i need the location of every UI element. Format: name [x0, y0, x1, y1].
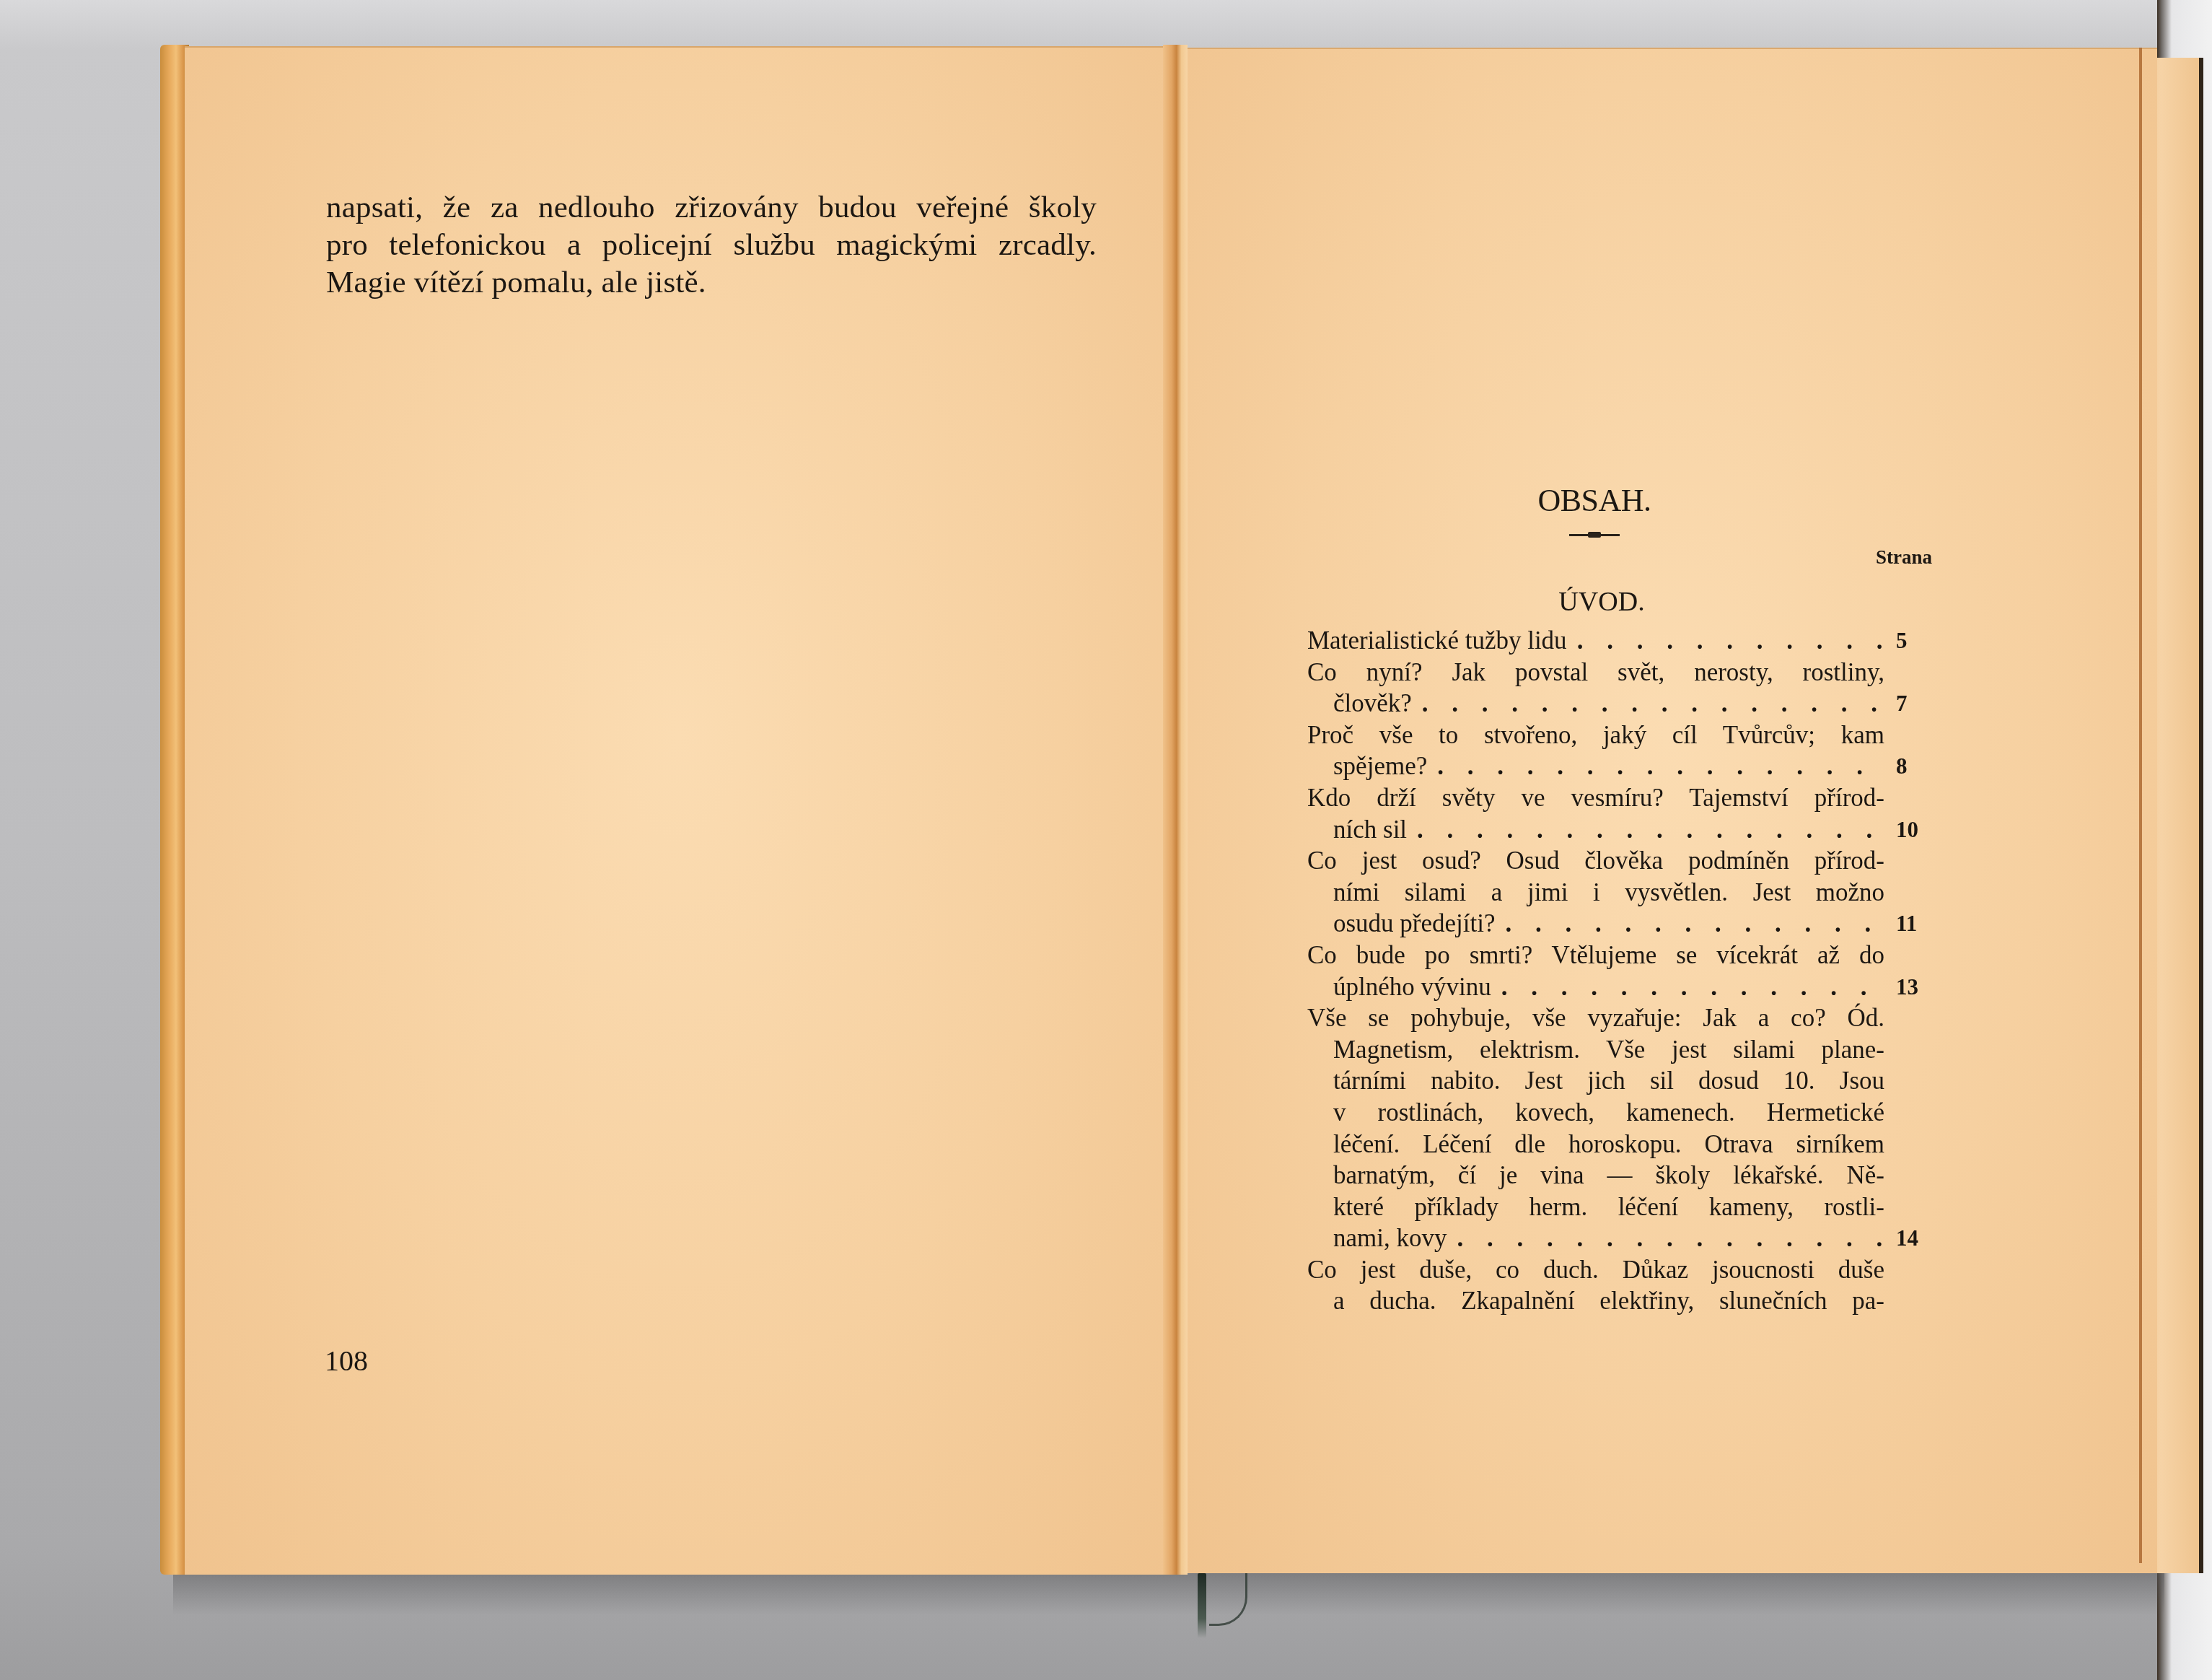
- toc-entry-text: Co bude po smrti? Vtělujeme se vícekrát …: [1307, 940, 1884, 971]
- bookmark-thread-icon: [1209, 1573, 1247, 1626]
- toc-entry-text: ními silami a jimi i vysvětlen. Jest mož…: [1307, 877, 1884, 909]
- leader-dots: . . . . . . . . . . . . . . . . . . . . …: [1427, 751, 1884, 782]
- toc-entry-text: Materialistické tužby lidu: [1307, 625, 1567, 657]
- toc-entry: Proč vše to stvořeno, jaký cíl Tvůrcův; …: [1307, 719, 1884, 782]
- toc-entry: Co jest duše, co duch. Důkaz jsoucnosti …: [1307, 1254, 1884, 1317]
- toc-entry-text: Co nyní? Jak povstal svět, nerosty, rost…: [1307, 657, 1884, 688]
- toc-entry-text: tárními nabito. Jest jich sil dosud 10. …: [1307, 1065, 1884, 1097]
- toc-entry-text: Vše se pohybuje, vše vyzařuje: Jak a co?…: [1307, 1002, 1884, 1034]
- body-line: pro telefonickou a policejní službu magi…: [326, 227, 1097, 264]
- toc-page-number: 11: [1896, 908, 1939, 940]
- toc-entry-text: a ducha. Zkapalnění elektřiny, slunečníc…: [1307, 1285, 1884, 1317]
- page-column-label: Strana: [1876, 546, 1932, 569]
- toc-entry: Materialistické tužby lidu. . . . . . . …: [1307, 625, 1884, 657]
- body-line: Magie vítězí pomalu, ale jistě.: [326, 264, 1097, 302]
- leader-dots: . . . . . . . . . . . . . . . . . . . . …: [1567, 625, 1884, 657]
- leader-dots: . . . . . . . . . . . . . . . . . . . . …: [1491, 971, 1884, 1003]
- toc-entry: Co nyní? Jak povstal svět, nerosty, rost…: [1307, 657, 1884, 719]
- toc-entry: Vše se pohybuje, vše vyzařuje: Jak a co?…: [1307, 1002, 1884, 1254]
- ornamental-rule-icon: [1569, 534, 1620, 536]
- toc-entry-text: léčení. Léčení dle horoskopu. Otrava sir…: [1307, 1129, 1884, 1160]
- body-line: napsati, že za nedlouho zřizovány budou …: [326, 189, 1097, 227]
- toc-entry-text: Co jest osud? Osud člověka podmíněn přír…: [1307, 845, 1884, 877]
- leader-dots: . . . . . . . . . . . . . . . . . . . . …: [1496, 908, 1884, 940]
- bookmark-ribbon-icon: [1198, 1573, 1206, 1638]
- toc-entry-text: nami, kovy: [1333, 1222, 1447, 1254]
- toc-entry: Co bude po smrti? Vtělujeme se vícekrát …: [1307, 940, 1884, 1002]
- toc-entry-text: Co jest duše, co duch. Důkaz jsoucnosti …: [1307, 1254, 1884, 1286]
- toc-entry: Kdo drží světy ve vesmíru? Tajemství pří…: [1307, 782, 1884, 845]
- contents-title: OBSAH.: [1522, 482, 1667, 519]
- toc-entry-text: spějeme?: [1333, 751, 1427, 782]
- toc-page-number: 14: [1896, 1222, 1939, 1254]
- page-number-left: 108: [325, 1344, 368, 1378]
- toc-entry-text: Proč vše to stvořeno, jaký cíl Tvůrcův; …: [1307, 719, 1884, 751]
- leader-dots: . . . . . . . . . . . . . . . . . . . . …: [1412, 688, 1884, 719]
- toc-page-number: 8: [1896, 751, 1939, 782]
- toc-page-number: 5: [1896, 625, 1939, 657]
- toc-entry-text: osudu předejíti?: [1333, 908, 1496, 940]
- toc-entry-text: které příklady herm. léčení kameny, rost…: [1307, 1191, 1884, 1223]
- toc-page-number: 10: [1896, 814, 1939, 846]
- toc-entry-text: ních sil: [1333, 814, 1407, 846]
- toc-page-number: 7: [1896, 688, 1939, 719]
- book-shadow: [173, 1572, 2164, 1615]
- right-page-edge: [2139, 48, 2142, 1563]
- table-of-contents: Materialistické tužby lidu. . . . . . . …: [1307, 625, 1884, 1317]
- toc-entry: Co jest osud? Osud člověka podmíněn přír…: [1307, 845, 1884, 940]
- toc-entry-text: člověk?: [1333, 688, 1412, 719]
- toc-entry-text: Magnetism, elektrism. Vše jest silami pl…: [1307, 1034, 1884, 1066]
- leader-dots: . . . . . . . . . . . . . . . . . . . . …: [1407, 814, 1884, 846]
- leader-dots: . . . . . . . . . . . . . . . . . . . . …: [1447, 1222, 1884, 1254]
- toc-entry-text: barnatým, čí je vina — školy lékařské. N…: [1307, 1160, 1884, 1191]
- toc-entry-text: v rostlinách, kovech, kamenech. Hermetic…: [1307, 1097, 1884, 1129]
- book-spine-gutter: [1163, 45, 1188, 1575]
- toc-page-number: 13: [1896, 971, 1939, 1003]
- toc-entry-text: úplného vývinu: [1333, 971, 1491, 1003]
- left-page-body-text: napsati, že za nedlouho zřizovány budou …: [326, 189, 1097, 302]
- toc-entry-text: Kdo drží světy ve vesmíru? Tajemství pří…: [1307, 782, 1884, 814]
- section-heading-uvod: ÚVOD.: [1522, 586, 1681, 618]
